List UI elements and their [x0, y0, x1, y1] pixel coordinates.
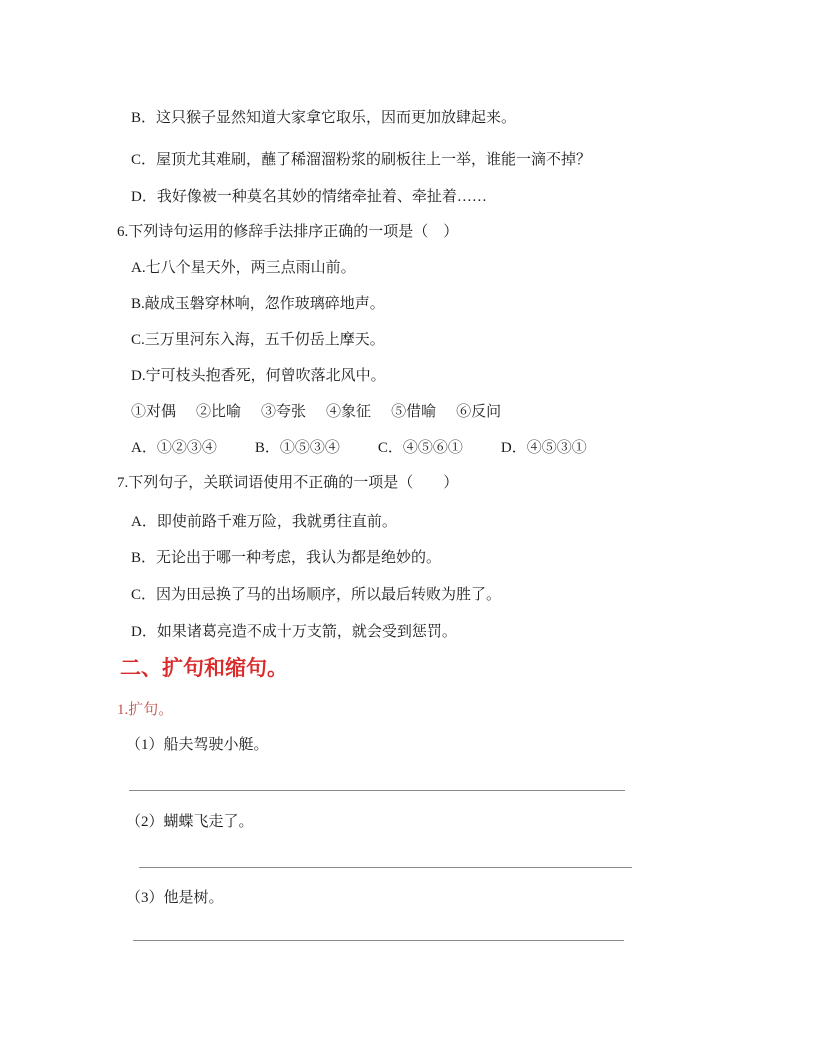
q5-option-b: B．这只猴子显然知道大家拿它取乐，因而更加放肆起来。: [131, 108, 516, 128]
answer-blank-line-3: [133, 940, 624, 941]
q6-answers-row: A．①②③④ B．①⑤③④ C．④⑤⑥① D．④⑤③①: [131, 438, 587, 458]
q6-option-d: D.宁可枝头抱香死，何曾吹落北风中。: [131, 366, 386, 386]
q6-device-1: ①对偶: [131, 402, 176, 422]
q7-option-d: D．如果诸葛亮造不成十万支箭，就会受到惩罚。: [131, 622, 457, 642]
q6-answer-b: B．①⑤③④: [255, 438, 340, 458]
expand-item-1: （1）船夫驾驶小艇。: [126, 735, 269, 755]
q6-device-6: ⑥反问: [456, 402, 501, 422]
q6-device-3: ③夸张: [261, 402, 306, 422]
q7-option-c: C．因为田忌换了马的出场顺序，所以最后转败为胜了。: [131, 585, 501, 605]
answer-blank-line-1: [129, 790, 625, 791]
q7-option-b: B．无论出于哪一种考虑，我认为都是绝妙的。: [131, 548, 441, 568]
q6-device-5: ⑤借喻: [391, 402, 436, 422]
section2-heading: 二、扩句和缩句。: [120, 655, 288, 681]
expand-item-3: （3）他是树。: [126, 888, 224, 908]
q6-option-a: A.七八个星天外，两三点雨山前。: [131, 258, 356, 278]
q5-option-c: C．屋顶尤其难刷，蘸了稀溜溜粉浆的刷板往上一举，谁能一滴不掉？: [131, 150, 591, 170]
q7-option-a: A．即使前路千难万险，我就勇往直前。: [131, 512, 397, 532]
q6-device-4: ④象征: [326, 402, 371, 422]
worksheet-page: B．这只猴子显然知道大家拿它取乐，因而更加放肆起来。 C．屋顶尤其难刷，蘸了稀溜…: [0, 0, 816, 1056]
q6-answer-c: C．④⑤⑥①: [378, 438, 463, 458]
q6-option-b: B.敲成玉磐穿林响，忽作玻璃碎地声。: [131, 294, 385, 314]
q6-device-2: ②比喻: [196, 402, 241, 422]
expand-item-2: （2）蝴蝶飞走了。: [126, 812, 254, 832]
q6-answer-a: A．①②③④: [131, 438, 217, 458]
q7-stem: 7.下列句子，关联词语使用不正确的一项是（ ）: [117, 473, 458, 493]
q6-devices-row: ①对偶 ②比喻 ③夸张 ④象征 ⑤借喻 ⑥反问: [131, 402, 501, 422]
answer-blank-line-2: [139, 867, 632, 868]
q6-stem: 6.下列诗句运用的修辞手法排序正确的一项是（ ）: [117, 222, 458, 242]
q6-option-c: C.三万里河东入海，五千仞岳上摩天。: [131, 330, 385, 350]
section2-subheading: 1.扩句。: [117, 700, 173, 720]
q6-answer-d: D．④⑤③①: [501, 438, 587, 458]
q5-option-d: D．我好像被一种莫名其妙的情绪牵扯着、牵扯着……: [131, 187, 487, 207]
